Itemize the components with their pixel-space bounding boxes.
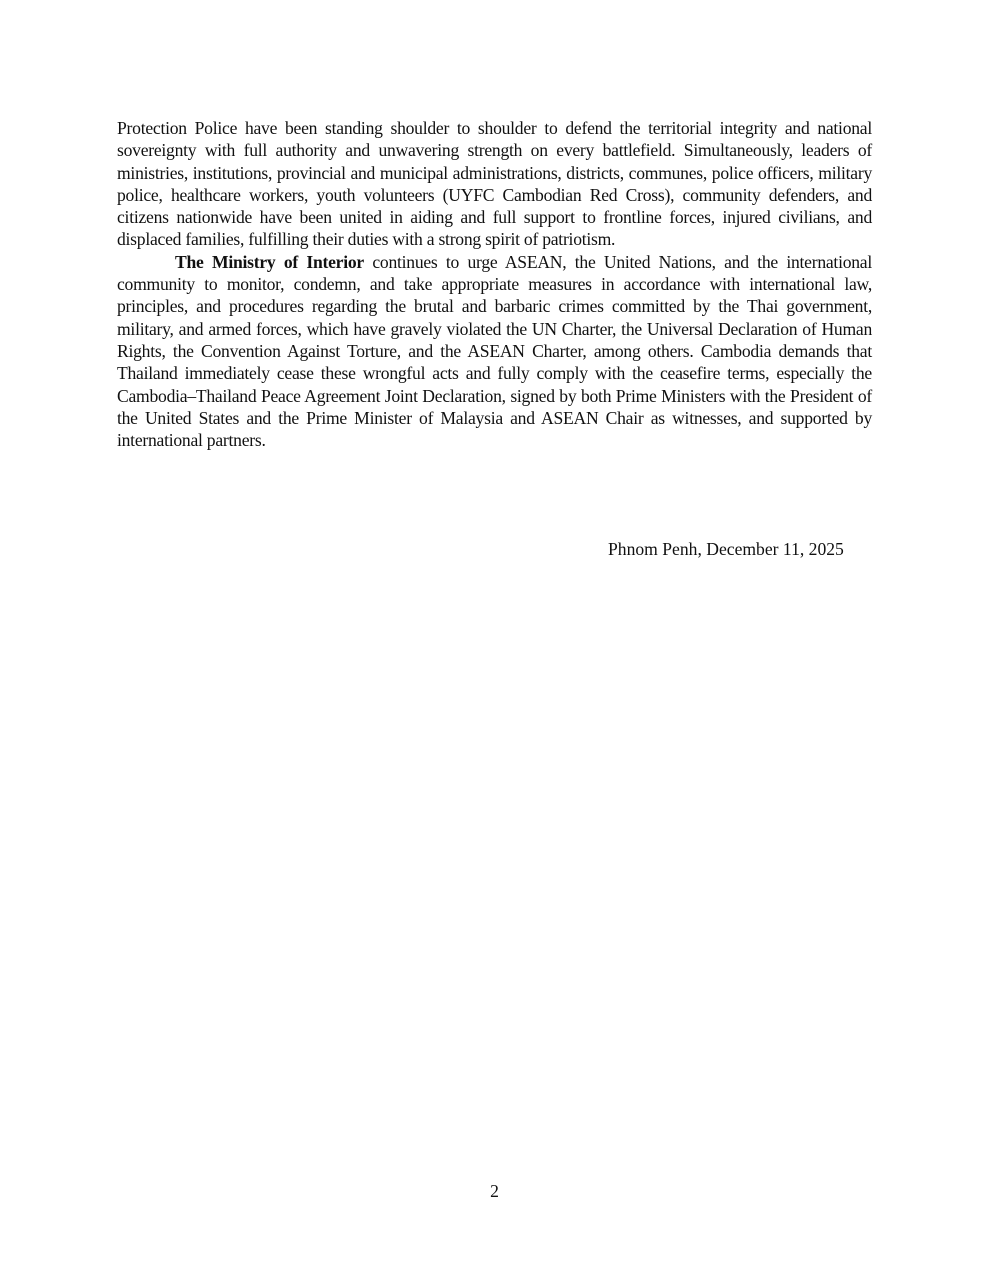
ministry-name-bold: The Ministry of Interior xyxy=(175,252,364,272)
document-page: Protection Police have been standing sho… xyxy=(0,0,989,1280)
paragraph-text: continues to urge ASEAN, the United Nati… xyxy=(117,252,872,450)
paragraph-text: Protection Police have been standing sho… xyxy=(117,118,872,249)
document-body: Protection Police have been standing sho… xyxy=(117,117,872,451)
paragraph-frontline-support: Protection Police have been standing sho… xyxy=(117,117,872,251)
paragraph-ministry-urge: The Ministry of Interior continues to ur… xyxy=(117,251,872,452)
page-number: 2 xyxy=(0,1180,989,1202)
place-and-date: Phnom Penh, December 11, 2025 xyxy=(608,538,844,560)
